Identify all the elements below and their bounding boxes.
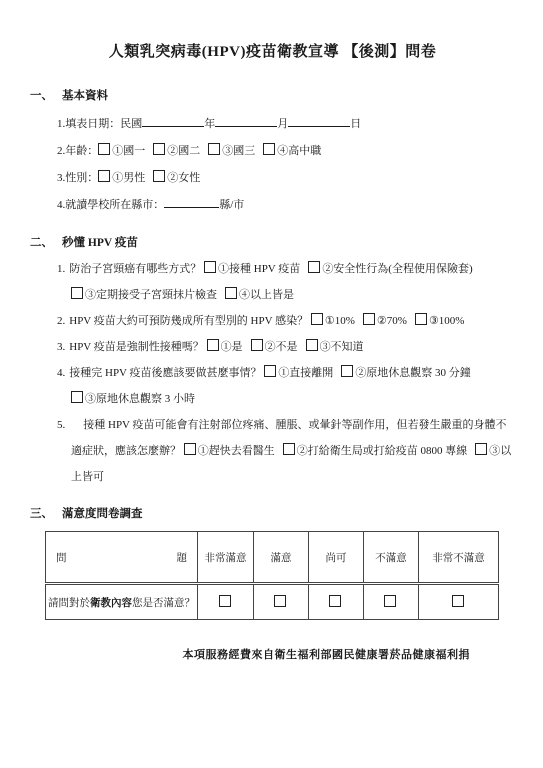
question-text: HPV 疫苗是強制性接種嗎？ bbox=[69, 341, 204, 353]
header-question-left: 問 bbox=[56, 550, 67, 565]
header-question-right: 題 bbox=[177, 550, 188, 565]
option-label: ①10% bbox=[325, 315, 355, 327]
option-label: ②國二 bbox=[167, 145, 200, 157]
table-row: 請問對於衛教內容您是否滿意？ bbox=[46, 584, 499, 620]
q3-option-2: ②不是 bbox=[251, 341, 298, 353]
gender-option-female: ②女性 bbox=[153, 172, 200, 184]
option-label: ③不知道 bbox=[320, 341, 364, 353]
section-title: 滿意度問卷調查 bbox=[62, 508, 143, 520]
column-header-unsatisfied: 不滿意 bbox=[364, 532, 419, 584]
question-text: HPV 疫苗大約可預防幾成所有型別的 HPV 感染？ bbox=[69, 315, 308, 327]
option-label: ①接種 HPV 疫苗 bbox=[218, 263, 300, 275]
column-header-satisfied: 滿意 bbox=[254, 532, 309, 584]
age-line: 2.年齡：①國一②國二③國三④高中職 bbox=[57, 138, 515, 165]
quiz-question-5: 5.接種 HPV 疫苗可能會有注射部位疼痛、腫脹、或暈針等副作用，但若發生嚴重的… bbox=[57, 412, 515, 490]
question-text: 接種完 HPV 疫苗後應該要做甚麼事情？ bbox=[69, 367, 261, 379]
option-label: ③原地休息觀察 3 小時 bbox=[85, 393, 195, 405]
checkbox[interactable] bbox=[225, 287, 237, 299]
school-line: 4.就讀學校所在縣市：縣/市 bbox=[57, 192, 515, 219]
checkbox[interactable] bbox=[263, 143, 275, 155]
option-label: ②打給衛生局或打給疫苗 0800 專線 bbox=[297, 445, 468, 457]
section-title: 基本資料 bbox=[62, 90, 108, 102]
year-unit: 年 bbox=[204, 118, 215, 130]
school-label: 4.就讀學校所在縣市： bbox=[57, 199, 164, 211]
age-option-1: ①國一 bbox=[98, 145, 145, 157]
school-suffix: 縣/市 bbox=[219, 199, 244, 211]
year-blank-field[interactable] bbox=[142, 113, 204, 127]
section-heading-basic-info: 一、基本資料 bbox=[30, 87, 515, 103]
checkbox[interactable] bbox=[153, 170, 165, 182]
q2-option-1: ①10% bbox=[311, 315, 355, 327]
checkbox[interactable] bbox=[208, 143, 220, 155]
question-number: 5. bbox=[57, 412, 65, 438]
checkbox[interactable] bbox=[475, 443, 487, 455]
checkbox[interactable] bbox=[341, 365, 353, 377]
satisfaction-question-label: 請問對於衛教內容您是否滿意？ bbox=[46, 584, 198, 620]
checkbox[interactable] bbox=[71, 391, 83, 403]
checkbox[interactable] bbox=[306, 339, 318, 351]
age-label: 2.年齡： bbox=[57, 145, 98, 157]
day-blank-field[interactable] bbox=[288, 113, 350, 127]
checkbox[interactable] bbox=[98, 170, 110, 182]
q1-option-3: ③定期接受子宮頸抹片檢查 bbox=[71, 289, 217, 301]
age-option-2: ②國二 bbox=[153, 145, 200, 157]
gender-option-male: ①男性 bbox=[98, 172, 145, 184]
question-number: 4. bbox=[57, 360, 65, 386]
option-label: ②安全性行為(全程使用保險套) bbox=[322, 263, 472, 275]
checkbox[interactable] bbox=[219, 595, 231, 607]
date-label: 1.填表日期：民國 bbox=[57, 118, 142, 130]
month-unit: 月 bbox=[277, 118, 288, 130]
checkbox[interactable] bbox=[283, 443, 295, 455]
gender-label: 3.性別： bbox=[57, 172, 98, 184]
quiz-question-3: 3.HPV 疫苗是強制性接種嗎？ ①是②不是③不知道 bbox=[57, 334, 515, 360]
table-header-row: 問 題 非常滿意 滿意 尚可 不滿意 非常不滿意 bbox=[46, 532, 499, 584]
label-part: 請問對於 bbox=[48, 598, 90, 609]
q5-option-2: ②打給衛生局或打給疫苗 0800 專線 bbox=[283, 445, 468, 457]
rating-cell-fair bbox=[309, 584, 364, 620]
option-label: ①男性 bbox=[112, 172, 145, 184]
gender-line: 3.性別：①男性②女性 bbox=[57, 165, 515, 192]
checkbox[interactable] bbox=[415, 313, 427, 325]
rating-cell-very-satisfied bbox=[198, 584, 254, 620]
quiz-body: 1.防治子宮頸癌有哪些方式？ ①接種 HPV 疫苗②安全性行為(全程使用保險套)… bbox=[57, 256, 515, 490]
option-label: ③100% bbox=[429, 315, 465, 327]
age-option-3: ③國三 bbox=[208, 145, 255, 157]
month-blank-field[interactable] bbox=[215, 113, 277, 127]
q1-option-1: ①接種 HPV 疫苗 bbox=[204, 263, 300, 275]
checkbox[interactable] bbox=[98, 143, 110, 155]
column-header-very-unsatisfied: 非常不滿意 bbox=[419, 532, 499, 584]
checkbox[interactable] bbox=[329, 595, 341, 607]
option-label: ①國一 bbox=[112, 145, 145, 157]
question-number: 2. bbox=[57, 308, 65, 334]
q2-option-2: ②70% bbox=[363, 315, 407, 327]
section-title: 秒懂 HPV 疫苗 bbox=[62, 237, 138, 249]
q5-option-1: ①趕快去看醫生 bbox=[184, 445, 275, 457]
option-label: ④高中職 bbox=[277, 145, 321, 157]
checkbox[interactable] bbox=[274, 595, 286, 607]
q4-option-1: ①直接離開 bbox=[264, 367, 333, 379]
section-heading-quiz: 二、秒懂 HPV 疫苗 bbox=[30, 234, 515, 250]
q4-option-2: ②原地休息觀察 30 分鐘 bbox=[341, 367, 471, 379]
q3-option-1: ①是 bbox=[207, 341, 243, 353]
option-label: ②70% bbox=[377, 315, 407, 327]
option-label: ②女性 bbox=[167, 172, 200, 184]
column-header-very-satisfied: 非常滿意 bbox=[198, 532, 254, 584]
option-label: ②原地休息觀察 30 分鐘 bbox=[355, 367, 471, 379]
option-label: ③國三 bbox=[222, 145, 255, 157]
option-label: ②不是 bbox=[265, 341, 298, 353]
checkbox[interactable] bbox=[384, 595, 396, 607]
option-label: ①是 bbox=[221, 341, 243, 353]
checkbox[interactable] bbox=[184, 443, 196, 455]
page-title: 人類乳突病毒(HPV)疫苗衛教宣導 【後測】問卷 bbox=[30, 40, 515, 61]
rating-cell-satisfied bbox=[254, 584, 309, 620]
q3-option-3: ③不知道 bbox=[306, 341, 364, 353]
question-number: 1. bbox=[57, 256, 65, 282]
option-label: ①直接離開 bbox=[278, 367, 333, 379]
checkbox[interactable] bbox=[311, 313, 323, 325]
funding-note: 本項服務經費來自衛生福利部國民健康署菸品健康福利捐 bbox=[30, 646, 470, 662]
checkbox[interactable] bbox=[204, 261, 216, 273]
quiz-question-1: 1.防治子宮頸癌有哪些方式？ ①接種 HPV 疫苗②安全性行為(全程使用保險套)… bbox=[57, 256, 515, 308]
checkbox[interactable] bbox=[207, 339, 219, 351]
rating-cell-very-unsatisfied bbox=[419, 584, 499, 620]
checkbox[interactable] bbox=[264, 365, 276, 377]
question-column-header: 問 題 bbox=[46, 532, 198, 584]
checkbox[interactable] bbox=[153, 143, 165, 155]
quiz-question-4: 4.接種完 HPV 疫苗後應該要做甚麼事情？ ①直接離開②原地休息觀察 30 分… bbox=[57, 360, 515, 412]
age-option-4: ④高中職 bbox=[263, 145, 321, 157]
question-text: 防治子宮頸癌有哪些方式？ bbox=[69, 263, 201, 275]
basic-info-body: 1.填表日期：民國年月日 2.年齡：①國一②國二③國三④高中職 3.性別：①男性… bbox=[57, 111, 515, 219]
q1-option-4: ④以上皆是 bbox=[225, 289, 294, 301]
section-heading-satisfaction: 三、滿意度問卷調查 bbox=[30, 505, 515, 521]
checkbox[interactable] bbox=[363, 313, 375, 325]
checkbox[interactable] bbox=[251, 339, 263, 351]
checkbox[interactable] bbox=[308, 261, 320, 273]
date-line: 1.填表日期：民國年月日 bbox=[57, 111, 515, 138]
question-number: 3. bbox=[57, 334, 65, 360]
section-number: 一、 bbox=[30, 87, 53, 103]
section-number: 二、 bbox=[30, 234, 53, 250]
checkbox[interactable] bbox=[452, 595, 464, 607]
q1-option-2: ②安全性行為(全程使用保險套) bbox=[308, 263, 472, 275]
rating-cell-unsatisfied bbox=[364, 584, 419, 620]
label-part: 您是否滿意？ bbox=[132, 598, 195, 609]
option-label: ④以上皆是 bbox=[239, 289, 294, 301]
q4-option-3: ③原地休息觀察 3 小時 bbox=[71, 393, 195, 405]
day-unit: 日 bbox=[350, 118, 361, 130]
option-label: ③定期接受子宮頸抹片檢查 bbox=[85, 289, 217, 301]
quiz-question-2: 2.HPV 疫苗大約可預防幾成所有型別的 HPV 感染？ ①10%②70%③10… bbox=[57, 308, 515, 334]
q2-option-3: ③100% bbox=[415, 315, 465, 327]
column-header-fair: 尚可 bbox=[309, 532, 364, 584]
option-label: ①趕快去看醫生 bbox=[198, 445, 275, 457]
checkbox[interactable] bbox=[71, 287, 83, 299]
section-number: 三、 bbox=[30, 505, 53, 521]
questionnaire-page: 人類乳突病毒(HPV)疫苗衛教宣導 【後測】問卷 一、基本資料 1.填表日期：民… bbox=[0, 0, 543, 768]
satisfaction-table: 問 題 非常滿意 滿意 尚可 不滿意 非常不滿意 請問對於衛教內容您是否滿意？ bbox=[45, 531, 499, 620]
label-part-bold: 衛教內容 bbox=[90, 598, 132, 609]
county-blank-field[interactable] bbox=[164, 194, 219, 208]
